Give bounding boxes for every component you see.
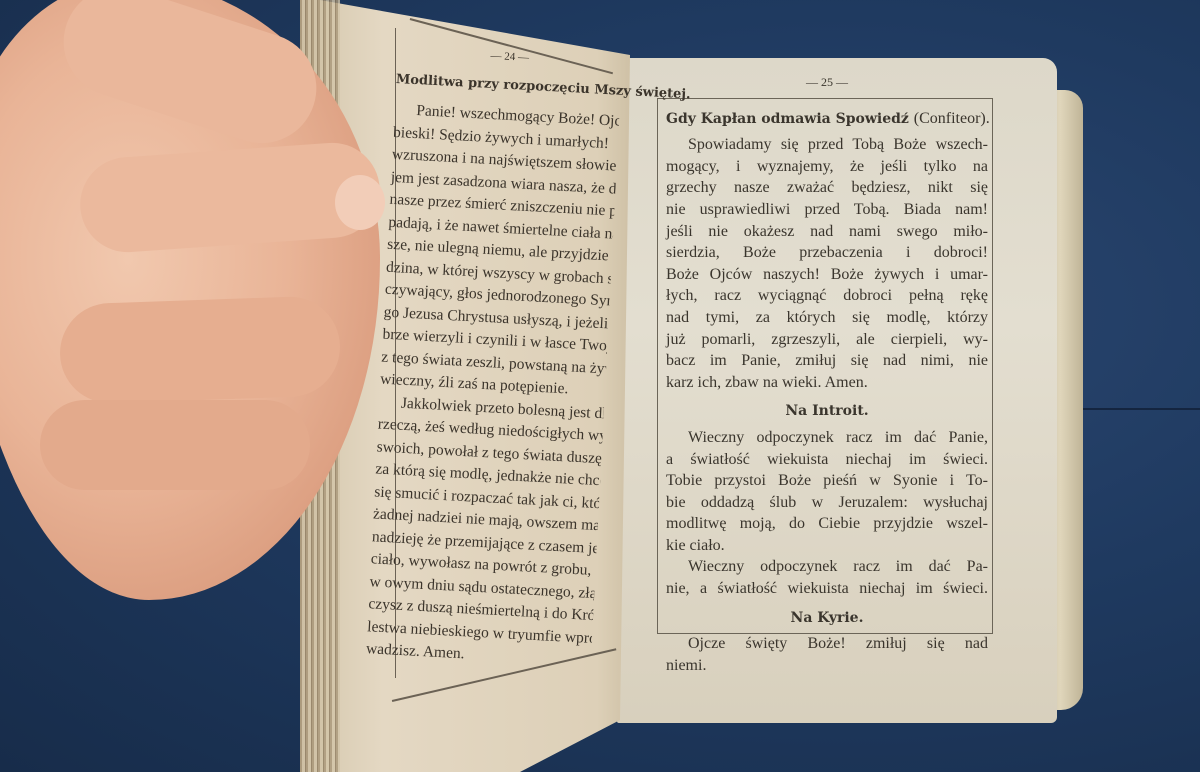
section-heading-introit: Na Introit. [666, 401, 988, 423]
text-line: nie, a światłość wiekuista niechaj im św… [666, 578, 988, 600]
text-line: nad tymi, za których się modlę, którzy [666, 307, 988, 329]
text-line: łych, racz wyciągnąć dobroci pełną rękę [666, 285, 988, 307]
text-line: sierdzia, Boże przebaczenia i dobroci! [666, 242, 988, 264]
text-line: bacz im Panie, zmiłuj się nad nimi, nie [666, 350, 988, 372]
text-line: modlitwę moją, do Ciebie przyjdzie wszel… [666, 513, 988, 535]
section-title-mass-prayer: Modlitwa przy rozpoczęciu Mszy świętej. [395, 68, 621, 102]
text-line: Wieczny odpoczynek racz im dać Panie, [666, 427, 988, 449]
middle-finger [58, 295, 341, 405]
text-line: Boże Ojców naszych! Boże żywych i umar- [666, 264, 988, 286]
left-page-text: — 24 — Modlitwa przy rozpoczęciu Mszy św… [365, 40, 622, 672]
text-line: karz ich, zbaw na wieki. Amen. [666, 372, 988, 394]
section-title-confiteor: Gdy Kapłan odmawia Spowiedź (Confiteor). [666, 108, 988, 131]
text-line: grzechy nasze zważać będziesz, nikt się [666, 177, 988, 199]
text-line: Wieczny odpoczynek racz im dać Pa- [666, 556, 988, 578]
text-line: jeśli nie okażesz nad nami swego miło- [666, 221, 988, 243]
page-number: — 25 — [666, 72, 988, 94]
text-line: Spowiadamy się przed Tobą Boże wszech- [666, 134, 988, 156]
text-line: Tobie przystoi Boże pieśń w Syonie i To- [666, 470, 988, 492]
text-line: nie usprawiedliwi przed Tobą. Biada nam! [666, 199, 988, 221]
ring-finger [40, 400, 310, 490]
right-page-text: — 25 — Gdy Kapłan odmawia Spowiedź (Conf… [666, 72, 988, 676]
text-line: bie oddadzą ślub w Jeruzalem: wysłuchaj [666, 492, 988, 514]
section-heading-kyrie: Na Kyrie. [666, 608, 988, 630]
text-line: Ojcze święty Boże! zmiłuj się nad [666, 633, 988, 655]
text-line: a światłość wiekuista niechaj im świeci. [666, 449, 988, 471]
text-line: niemi. [666, 655, 988, 677]
text-line: już pomarli, zgrzeszyli, ale cierpieli, … [666, 329, 988, 351]
text-line: kie ciało. [666, 535, 988, 557]
thumbnail [335, 175, 385, 230]
text-line: mogący, i wyznajemy, że jeśli tylko na [666, 156, 988, 178]
